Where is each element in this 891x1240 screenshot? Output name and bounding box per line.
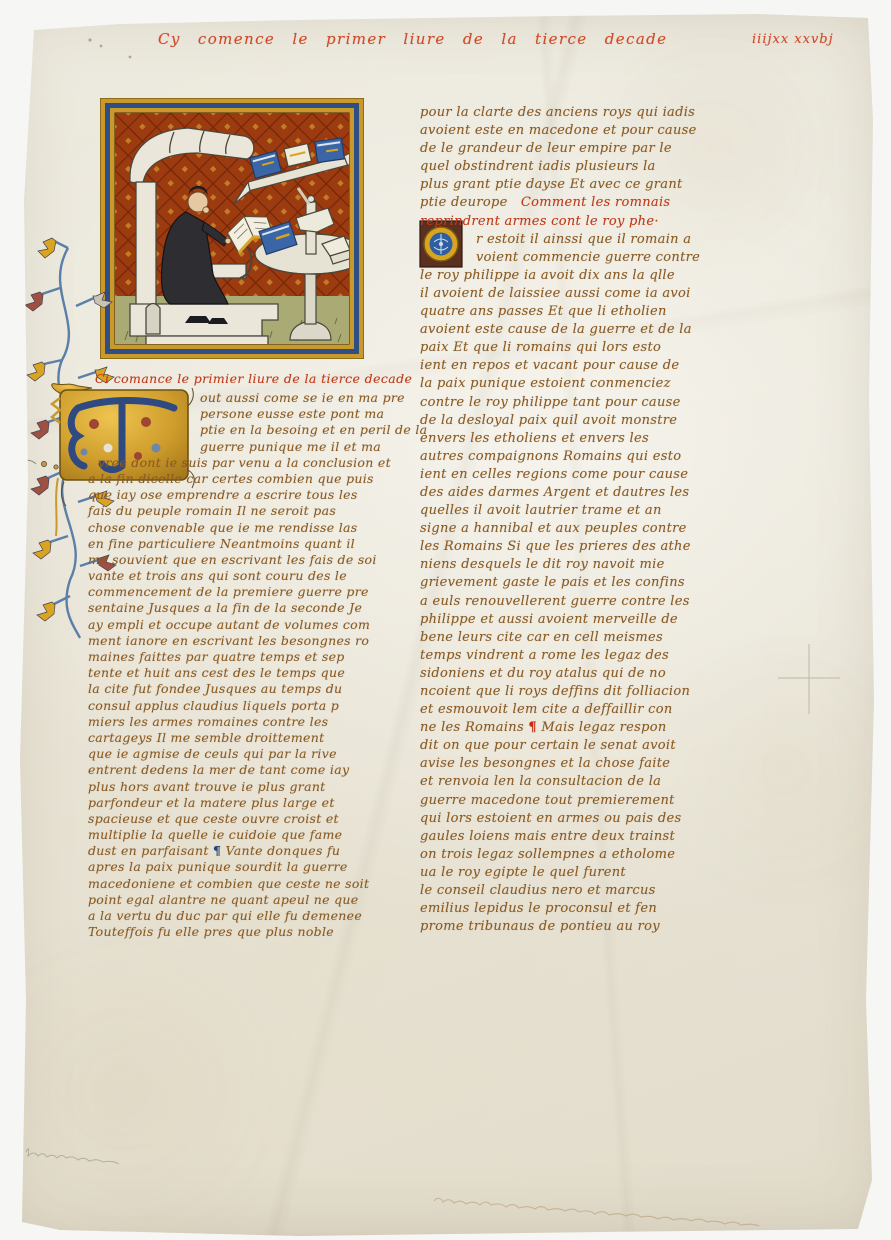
text-line: quelles il avoit lautrier trame et an bbox=[420, 502, 768, 520]
text-line: ua le roy egipte le quel furent bbox=[420, 864, 768, 882]
text-line: persone eusse este pont ma bbox=[88, 406, 412, 422]
text-column-left: out aussi come se ie en ma prepersone eu… bbox=[88, 390, 412, 940]
text-line: maines faittes par quatre temps et sep bbox=[88, 649, 412, 665]
text-line: gaules loiens mais entre deux trainst bbox=[420, 828, 768, 846]
text-line: signe a hannibal et aux peuples contre bbox=[420, 520, 768, 538]
text-line: le roy philippe ia avoit dix ans la qlle bbox=[420, 267, 768, 285]
text-line: envers les etholiens et envers les bbox=[420, 430, 768, 448]
text-line: a la fin dicelle car certes combien que … bbox=[88, 471, 412, 487]
text-line: bene leurs cite car en cell meismes bbox=[420, 629, 768, 647]
text-line: qui lors estoient en armes ou pais des bbox=[420, 810, 768, 828]
text-line: plus grant ptie dayse Et avec ce grant bbox=[420, 176, 768, 194]
text-line: guerre punique me il et ma bbox=[88, 439, 412, 455]
text-line: niens desquels le dit roy navoit mie bbox=[420, 556, 768, 574]
text-line: quel obstindrent iadis plusieurs la bbox=[420, 158, 768, 176]
folio-number: iiijxx xxvbj bbox=[752, 32, 834, 47]
text-line: me souvient que en escrivant les fais de… bbox=[88, 552, 412, 568]
deckled-edge bbox=[875, 0, 891, 1240]
text-line: parfondeur et la matere plus large et bbox=[88, 795, 412, 811]
text-line: temps vindrent a rome les legaz des bbox=[420, 647, 768, 665]
text-line: tente et huit ans cest des le temps que bbox=[88, 665, 412, 681]
text-line: grievement gaste le pais et les confins bbox=[420, 574, 768, 592]
pricking-holes bbox=[88, 38, 131, 58]
text-line: prome tribunaus de pontieu au roy bbox=[420, 918, 768, 936]
text-line: des aides darmes Argent et dautres les bbox=[420, 484, 768, 502]
text-line: que iay ose emprendre a escrire tous les bbox=[88, 487, 412, 503]
text-line: ne les Romains ¶ Mais legaz respon bbox=[420, 719, 768, 737]
ruling-cross-mark bbox=[778, 644, 840, 714]
text-line: dust en parfaisant ¶ Vante donques fu bbox=[88, 843, 412, 859]
parchment-leaf: Cy comence le primer liure de la tierce … bbox=[0, 0, 891, 1240]
text-line: il avoient de laissiee aussi come ia avo… bbox=[420, 285, 768, 303]
text-line: contre le roy philippe tant pour cause bbox=[420, 394, 768, 412]
text-line: de la desloyal paix quil avoit monstre bbox=[420, 412, 768, 430]
text-line: plus hors avant trouve ie plus grant bbox=[88, 779, 412, 795]
text-line: avoient este cause de la guerre et de la bbox=[420, 321, 768, 339]
text-line: chose convenable que ie me rendisse las bbox=[88, 520, 412, 536]
text-line: le conseil claudius nero et marcus bbox=[420, 882, 768, 900]
text-line: ptie en la besoing et en peril de la bbox=[88, 422, 412, 438]
text-line: multiplie la quelle ie cuidoie que fame bbox=[88, 827, 412, 843]
text-line: spacieuse et que ceste ouvre croist et bbox=[88, 811, 412, 827]
text-column-right: pour la clarte des anciens roys qui iadi… bbox=[420, 104, 768, 936]
text-line: ncoient que li roys deffins dit folliaci… bbox=[420, 683, 768, 701]
text-line: ient en repos et vacant pour cause de bbox=[420, 357, 768, 375]
text-line: et esmouvoit lem cite a deffaillir con bbox=[420, 701, 768, 719]
text-line: ay empli et occupe autant de volumes com bbox=[88, 617, 412, 633]
text-line: pour la clarte des anciens roys qui iadi… bbox=[420, 104, 768, 122]
text-line: on trois legaz sollempnes a etholome bbox=[420, 846, 768, 864]
text-line: reprindrent armes cont le roy phe· bbox=[420, 213, 768, 231]
text-line: ient en celles regions come pour cause bbox=[420, 466, 768, 484]
manuscript-page: Cy comence le primer liure de la tierce … bbox=[0, 0, 891, 1240]
text-line: la cite fut fondee Jusques au temps du bbox=[88, 681, 412, 697]
text-line: paix Et que li romains qui lors esto bbox=[420, 339, 768, 357]
text-line: Touteffois fu elle pres que plus noble bbox=[88, 924, 412, 940]
text-line: a euls renouvellerent guerre contre les bbox=[420, 593, 768, 611]
text-line: autres compaignons Romains qui esto bbox=[420, 448, 768, 466]
text-line: fais du peuple romain Il ne seroit pas bbox=[88, 503, 412, 519]
text-line: les Romains Si que les prieres des athe bbox=[420, 538, 768, 556]
catchword-inscription bbox=[434, 1198, 759, 1226]
text-line: emilius lepidus le proconsul et fen bbox=[420, 900, 768, 918]
text-line: vante et trois ans qui sont couru des le bbox=[88, 568, 412, 584]
text-line: ment ianore en escrivant les besongnes r… bbox=[88, 633, 412, 649]
text-line: philippe et aussi avoient merveille de bbox=[420, 611, 768, 629]
text-line: de le grandeur de leur empire par le bbox=[420, 140, 768, 158]
text-line: cartageys Il me semble droittement bbox=[88, 730, 412, 746]
text-line: que ie agmise de ceuls qui par la rive bbox=[88, 746, 412, 762]
text-line: sentaine Jusques a la fin de la seconde … bbox=[88, 600, 412, 616]
text-line: quatre ans passes Et que li etholien bbox=[420, 303, 768, 321]
text-line: dit on que pour certain le senat avoit bbox=[420, 737, 768, 755]
heading-rubric: Cy comence le primer liure de la tierce … bbox=[158, 30, 698, 48]
text-line: miers les armes romaines contre les bbox=[88, 714, 412, 730]
text-line: out aussi come se ie en ma pre bbox=[88, 390, 412, 406]
text-line: sidoniens et du roy atalus qui de no bbox=[420, 665, 768, 683]
text-line: avoient este en macedone et pour cause bbox=[420, 122, 768, 140]
text-line: point egal alantre ne quant apeul ne que bbox=[88, 892, 412, 908]
text-line: et renvoia len la consultacion de la bbox=[420, 773, 768, 791]
text-line: vree dont ie suis par venu a la conclusi… bbox=[88, 455, 412, 471]
text-line: ptie deurope Comment les romnais bbox=[420, 194, 768, 212]
text-line: r estoit il ainssi que il romain a bbox=[420, 231, 768, 249]
text-line: avise les besongnes et la chose faite bbox=[420, 755, 768, 773]
text-line: macedoniene et combien que ceste ne soit bbox=[88, 876, 412, 892]
text-line: la paix punique estoient conmenciez bbox=[420, 375, 768, 393]
text-line: a la vertu du duc par qui elle fu demene… bbox=[88, 908, 412, 924]
text-line: apres la paix punique sourdit la guerre bbox=[88, 859, 412, 875]
text-line: voient commencie guerre contre bbox=[420, 249, 768, 267]
text-line: guerre macedone tout premierement bbox=[420, 792, 768, 810]
text-line: consul applus claudius liquels porta p bbox=[88, 698, 412, 714]
text-line: commencement de la premiere guerre pre bbox=[88, 584, 412, 600]
text-line: en fine particuliere Neantmoins quant il bbox=[88, 536, 412, 552]
faint-inscription-bottom-left bbox=[26, 1149, 119, 1164]
text-line: entrent dedens la mer de tant come iay bbox=[88, 762, 412, 778]
